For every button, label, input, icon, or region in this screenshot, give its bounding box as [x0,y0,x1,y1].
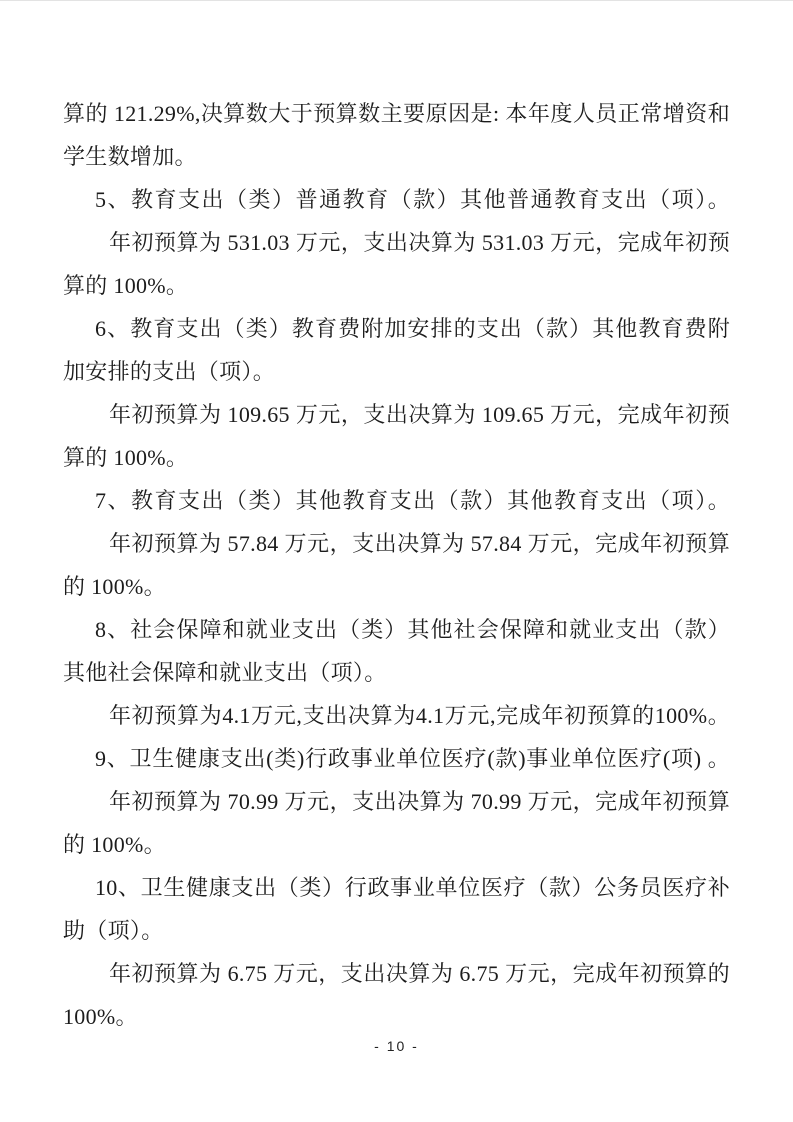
text-line: 算的 100%。 [63,264,730,307]
paragraph-item-10-amounts: 年初预算为 6.75 万元，支出决算为 6.75 万元，完成年初预算的 100%… [63,952,730,1038]
paragraph-item-8: 8、社会保障和就业支出（类）其他社会保障和就业支出（款） 其他社会保障和就业支出… [63,608,730,694]
paragraph-item-8-amounts: 年初预算为4.1万元,支出决算为4.1万元,完成年初预算的100%。 [63,694,730,737]
text-line: 7、教育支出（类）其他教育支出（款）其他教育支出（项）。 [63,479,730,522]
paragraph-item-7: 7、教育支出（类）其他教育支出（款）其他教育支出（项）。 [63,479,730,522]
paragraph-carryover: 算的 121.29%,决算数大于预算数主要原因是: 本年度人员正常增资和 学生数… [63,92,730,178]
paragraph-item-5: 5、教育支出（类）普通教育（款）其他普通教育支出（项）。 [63,178,730,221]
text-line: 的 100%。 [63,823,730,866]
page-top-edge [0,0,793,1]
text-line: 6、教育支出（类）教育费附加安排的支出（款）其他教育费附 [63,307,730,350]
text-line: 算的 100%。 [63,436,730,479]
text-line: 年初预算为 6.75 万元，支出决算为 6.75 万元，完成年初预算的 [63,952,730,995]
document-body: 算的 121.29%,决算数大于预算数主要原因是: 本年度人员正常增资和 学生数… [63,92,730,1038]
page-number: - 10 - [374,1038,419,1054]
text-line: 其他社会保障和就业支出（项）。 [63,651,730,694]
page-footer: - 10 - [0,1036,793,1056]
text-line: 年初预算为 70.99 万元，支出决算为 70.99 万元，完成年初预算 [63,780,730,823]
paragraph-item-10: 10、卫生健康支出（类）行政事业单位医疗（款）公务员医疗补 助（项）。 [63,866,730,952]
paragraph-item-6-amounts: 年初预算为 109.65 万元，支出决算为 109.65 万元，完成年初预 算的… [63,393,730,479]
text-line: 加安排的支出（项）。 [63,350,730,393]
text-line: 5、教育支出（类）普通教育（款）其他普通教育支出（项）。 [63,178,730,221]
text-line: 算的 121.29%,决算数大于预算数主要原因是: 本年度人员正常增资和 [63,92,730,135]
paragraph-item-7-amounts: 年初预算为 57.84 万元，支出决算为 57.84 万元，完成年初预算 的 1… [63,522,730,608]
document-page: { "doc": { "paragraphs": [ { "lines": [ … [0,0,793,1122]
text-line: 助（项）。 [63,909,730,952]
text-line: 100%。 [63,995,730,1038]
text-line: 年初预算为 109.65 万元，支出决算为 109.65 万元，完成年初预 [63,393,730,436]
paragraph-item-9-amounts: 年初预算为 70.99 万元，支出决算为 70.99 万元，完成年初预算 的 1… [63,780,730,866]
text-line: 年初预算为 57.84 万元，支出决算为 57.84 万元，完成年初预算 [63,522,730,565]
text-line: 的 100%。 [63,565,730,608]
paragraph-item-9: 9、卫生健康支出(类)行政事业单位医疗(款)事业单位医疗(项) 。 [63,737,730,780]
text-line: 年初预算为4.1万元,支出决算为4.1万元,完成年初预算的100%。 [63,694,730,737]
text-line: 8、社会保障和就业支出（类）其他社会保障和就业支出（款） [63,608,730,651]
text-line: 年初预算为 531.03 万元，支出决算为 531.03 万元，完成年初预 [63,221,730,264]
paragraph-item-6: 6、教育支出（类）教育费附加安排的支出（款）其他教育费附 加安排的支出（项）。 [63,307,730,393]
paragraph-item-5-amounts: 年初预算为 531.03 万元，支出决算为 531.03 万元，完成年初预 算的… [63,221,730,307]
text-line: 9、卫生健康支出(类)行政事业单位医疗(款)事业单位医疗(项) 。 [63,737,730,780]
text-line: 10、卫生健康支出（类）行政事业单位医疗（款）公务员医疗补 [63,866,730,909]
text-line: 学生数增加。 [63,135,730,178]
